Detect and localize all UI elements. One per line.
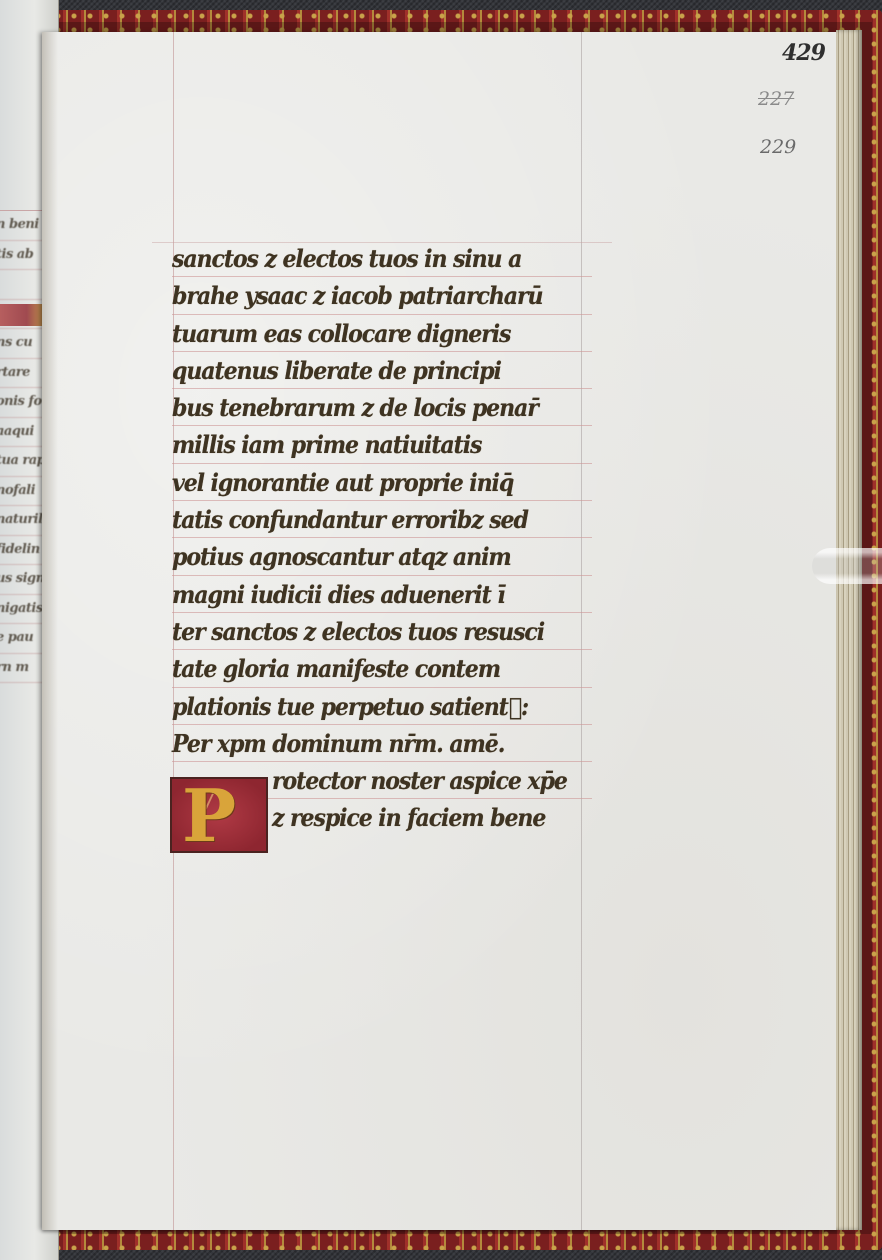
gutter-shadow <box>42 32 58 1230</box>
facing-line: fidelin <box>0 536 48 566</box>
script-line: brahe ysaac z iacob patriarcharū <box>172 277 592 314</box>
script-line: Per xpm dominum nr̄m. amē. <box>172 725 592 762</box>
facing-line: tis ab <box>0 241 48 271</box>
script-line: tuarum eas collocare digneris <box>172 315 592 352</box>
script-line: potius agnoscantur atqz anim <box>172 538 592 575</box>
illuminated-initial: P <box>170 777 268 853</box>
script-line: ter sanctos z electos tuos resusci <box>172 613 592 650</box>
script-line: plationis tue perpetuo satient᷑: <box>172 688 592 725</box>
page-edges <box>836 30 862 1230</box>
script-line: quatenus liberate de principi <box>172 352 592 389</box>
script-line: vel ignorantie aut proprie iniq̄ <box>172 464 592 501</box>
folio-number-ink: 429 <box>782 40 825 66</box>
facing-line: rtare <box>0 359 48 389</box>
facing-line: us sigm <box>0 565 48 595</box>
facing-line: rn m <box>0 654 48 684</box>
facing-line: tua rapt <box>0 447 48 477</box>
initial-letter: P <box>182 777 236 853</box>
facing-line: n beni <box>0 211 48 241</box>
folio-number-pencil: 229 <box>760 136 796 158</box>
script-line: magni iudicii dies aduenerit ī <box>172 576 592 613</box>
clear-page-clip <box>812 548 882 584</box>
facing-line: naturil <box>0 506 48 536</box>
folio-number-struck: 227 <box>758 88 794 110</box>
script-line: sanctos z electos tuos in sinu a <box>172 240 592 277</box>
facing-page-text: n beni tis ab uandi ns cu rtare onis fo … <box>0 210 48 683</box>
script-line: tate gloria manifeste contem <box>172 650 592 687</box>
script-line: tatis confundantur erroribz sed <box>172 501 592 538</box>
facing-line: aaqui <box>0 418 48 448</box>
recto-page: 429 227 229 sanctos z electos tuos in si… <box>42 32 838 1230</box>
facing-line <box>0 270 48 300</box>
script-line: millis iam prime natiuitatis <box>172 426 592 463</box>
facing-line: ns cu <box>0 329 48 359</box>
facing-line: onis fo <box>0 388 48 418</box>
text-block: sanctos z electos tuos in sinu a brahe y… <box>172 240 592 836</box>
facing-line: nofali <box>0 477 48 507</box>
script-line: bus tenebrarum z de locis penar̄ <box>172 389 592 426</box>
facing-line: e pau <box>0 624 48 654</box>
facing-rubric-band <box>0 304 46 326</box>
facing-line: nigatis f <box>0 595 48 625</box>
